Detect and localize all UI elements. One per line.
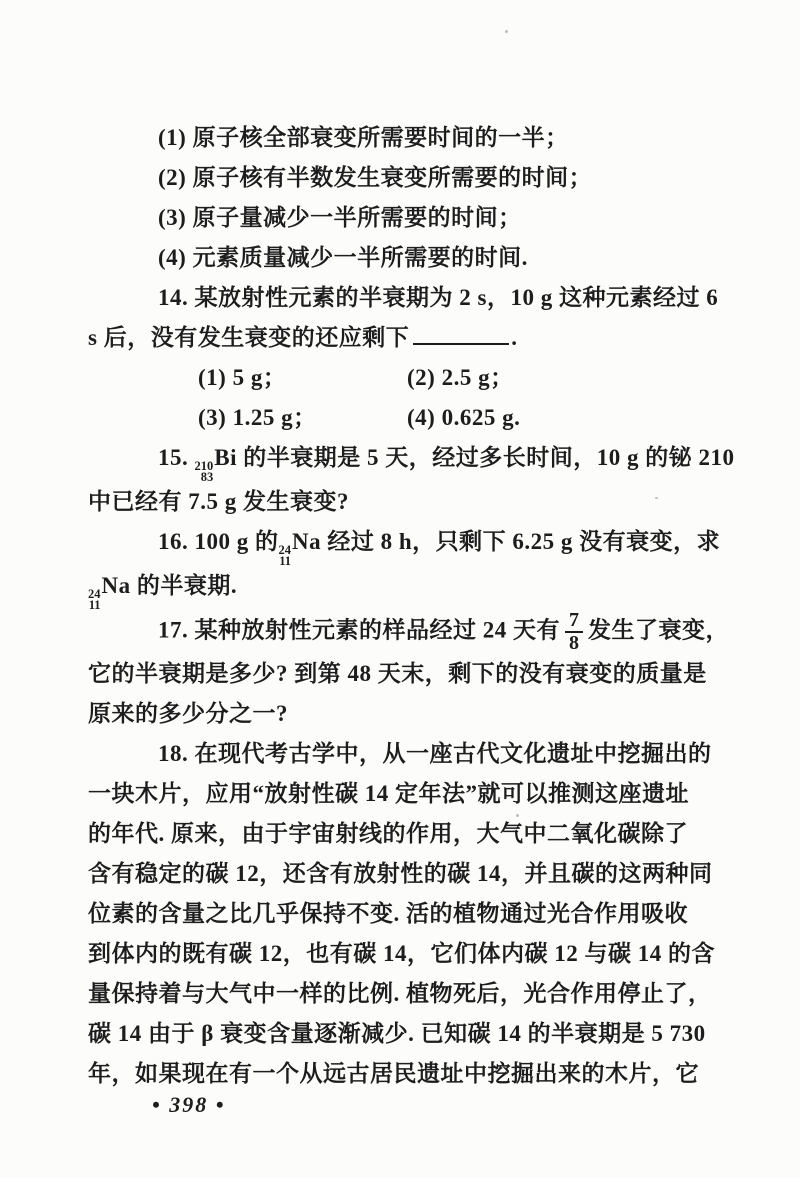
text-line: 中已经有 7.5 g 发生衰变? <box>88 482 728 522</box>
text-run: 的年代. 原来，由于宇宙射线的作用，大气中二氧化碳除了 <box>88 821 688 846</box>
text-run: 碳 14 由于 β 衰变含量逐渐减少. 已知碳 14 的半衰期是 5 730 <box>88 1021 706 1046</box>
text-run: 量保持着与大气中一样的比例. 植物死后，光合作用停止了， <box>88 981 712 1006</box>
option-item: (1) 5 g； <box>198 358 407 398</box>
isotope-mass-number-stack: 2411 <box>279 545 292 566</box>
option-item: (3) 1.25 g； <box>198 398 407 438</box>
scanned-textbook-page: (1) 原子核全部衰变所需要时间的一半；(2) 原子核有半数发生衰变所需要的时间… <box>0 0 800 1178</box>
text-run: . <box>511 325 517 350</box>
text-line: (4) 元素质量减少一半所需要的时间. <box>88 238 728 278</box>
fraction: 78 <box>565 610 583 654</box>
text-line: (2) 原子核有半数发生衰变所需要的时间； <box>88 158 728 198</box>
text-line: 原来的多少分之一? <box>88 694 728 734</box>
text-run: 18. 在现代考古学中，从一座古代文化遗址中挖掘出的 <box>158 741 712 766</box>
text-run: 年，如果现在有一个从远古居民遗址中挖掘出来的木片，它 <box>88 1061 699 1086</box>
text-line: 量保持着与大气中一样的比例. 植物死后，光合作用停止了， <box>88 974 728 1014</box>
text-line: (1) 5 g；(2) 2.5 g； <box>88 358 728 398</box>
text-line: s 后，没有发生衰变的还应剩下. <box>88 318 728 358</box>
text-line: (1) 原子核全部衰变所需要时间的一半； <box>88 118 728 158</box>
text-run: 14. 某放射性元素的半衰期为 2 s，10 g 这种元素经过 6 <box>158 285 718 310</box>
isotope-mass-number-stack: 2411 <box>88 589 101 610</box>
text-line: 16. 100 g 的2411Na 经过 8 h，只剩下 6.25 g 没有衰变… <box>88 522 728 566</box>
isotope-notation: 21083Bi <box>195 445 237 470</box>
text-line: 14. 某放射性元素的半衰期为 2 s，10 g 这种元素经过 6 <box>88 278 728 318</box>
option-item: (4) 0.625 g. <box>407 405 520 430</box>
scan-artifact <box>505 30 508 33</box>
text-line: 2411Na 的半衰期. <box>88 566 728 610</box>
page-number: • 398 • <box>152 1092 225 1118</box>
text-line: 含有稳定的碳 12，还含有放射性的碳 14，并且碳的这两种同 <box>88 854 728 894</box>
text-run: 16. 100 g 的 <box>158 529 279 554</box>
element-symbol: Na <box>102 573 131 598</box>
element-symbol: Bi <box>214 445 237 470</box>
text-line: 它的半衰期是多少? 到第 48 天末，剩下的没有衰变的质量是 <box>88 654 728 694</box>
text-run: 到体内的既有碳 12，也有碳 14，它们体内碳 12 与碳 14 的含 <box>88 941 715 966</box>
text-line: (3) 1.25 g；(4) 0.625 g. <box>88 398 728 438</box>
isotope-mass-number-stack: 21083 <box>195 461 214 482</box>
text-line: 18. 在现代考古学中，从一座古代文化遗址中挖掘出的 <box>88 734 728 774</box>
text-line: (3) 原子量减少一半所需要的时间； <box>88 198 728 238</box>
text-run: 一块木片，应用“放射性碳 14 定年法”就可以推测这座遗址 <box>88 781 689 806</box>
text-line: 碳 14 由于 β 衰变含量逐渐减少. 已知碳 14 的半衰期是 5 730 <box>88 1014 728 1054</box>
option-item: (2) 2.5 g； <box>407 365 514 390</box>
text-line: 15. 21083Bi 的半衰期是 5 天，经过多长时间，10 g 的铋 210 <box>88 438 728 482</box>
text-run: 15. <box>158 445 195 470</box>
text-run: 它的半衰期是多少? 到第 48 天末，剩下的没有衰变的质量是 <box>88 661 707 686</box>
scan-artifact <box>516 814 519 817</box>
text-run: (4) 元素质量减少一半所需要的时间. <box>158 245 528 270</box>
text-line: 17. 某种放射性元素的样品经过 24 天有78发生了衰变， <box>88 610 728 654</box>
text-line: 一块木片，应用“放射性碳 14 定年法”就可以推测这座遗址 <box>88 774 728 814</box>
scan-artifact <box>655 497 658 499</box>
text-run: 原来的多少分之一? <box>88 701 288 726</box>
text-run: 位素的含量之比几乎保持不变. 活的植物通过光合作用吸收 <box>88 901 688 926</box>
text-line: 的年代. 原来，由于宇宙射线的作用，大气中二氧化碳除了 <box>88 814 728 854</box>
text-run: 发生了衰变， <box>588 617 729 642</box>
isotope-notation: 2411Na <box>279 529 322 554</box>
text-run: (2) 原子核有半数发生衰变所需要的时间； <box>158 165 592 190</box>
text-run: 含有稳定的碳 12，还含有放射性的碳 14，并且碳的这两种同 <box>88 861 713 886</box>
isotope-notation: 2411Na <box>88 573 131 598</box>
text-run: 17. 某种放射性元素的样品经过 24 天有 <box>158 617 560 642</box>
page-body-text: (1) 原子核全部衰变所需要时间的一半；(2) 原子核有半数发生衰变所需要的时间… <box>88 118 728 1094</box>
element-symbol: Na <box>292 529 321 554</box>
text-line: 年，如果现在有一个从远古居民遗址中挖掘出来的木片，它 <box>88 1054 728 1094</box>
text-run: 经过 8 h，只剩下 6.25 g 没有衰变，求 <box>321 529 720 554</box>
text-line: 到体内的既有碳 12，也有碳 14，它们体内碳 12 与碳 14 的含 <box>88 934 728 974</box>
fill-in-blank <box>413 319 509 345</box>
text-line: 位素的含量之比几乎保持不变. 活的植物通过光合作用吸收 <box>88 894 728 934</box>
text-run: 的半衰期是 5 天，经过多长时间，10 g 的铋 210 <box>237 445 735 470</box>
text-run: s 后，没有发生衰变的还应剩下 <box>88 325 409 350</box>
text-run: (3) 原子量减少一半所需要的时间； <box>158 205 522 230</box>
text-run: (1) 原子核全部衰变所需要时间的一半； <box>158 125 569 150</box>
text-run: 的半衰期. <box>131 573 238 598</box>
text-run: 中已经有 7.5 g 发生衰变? <box>88 489 349 514</box>
